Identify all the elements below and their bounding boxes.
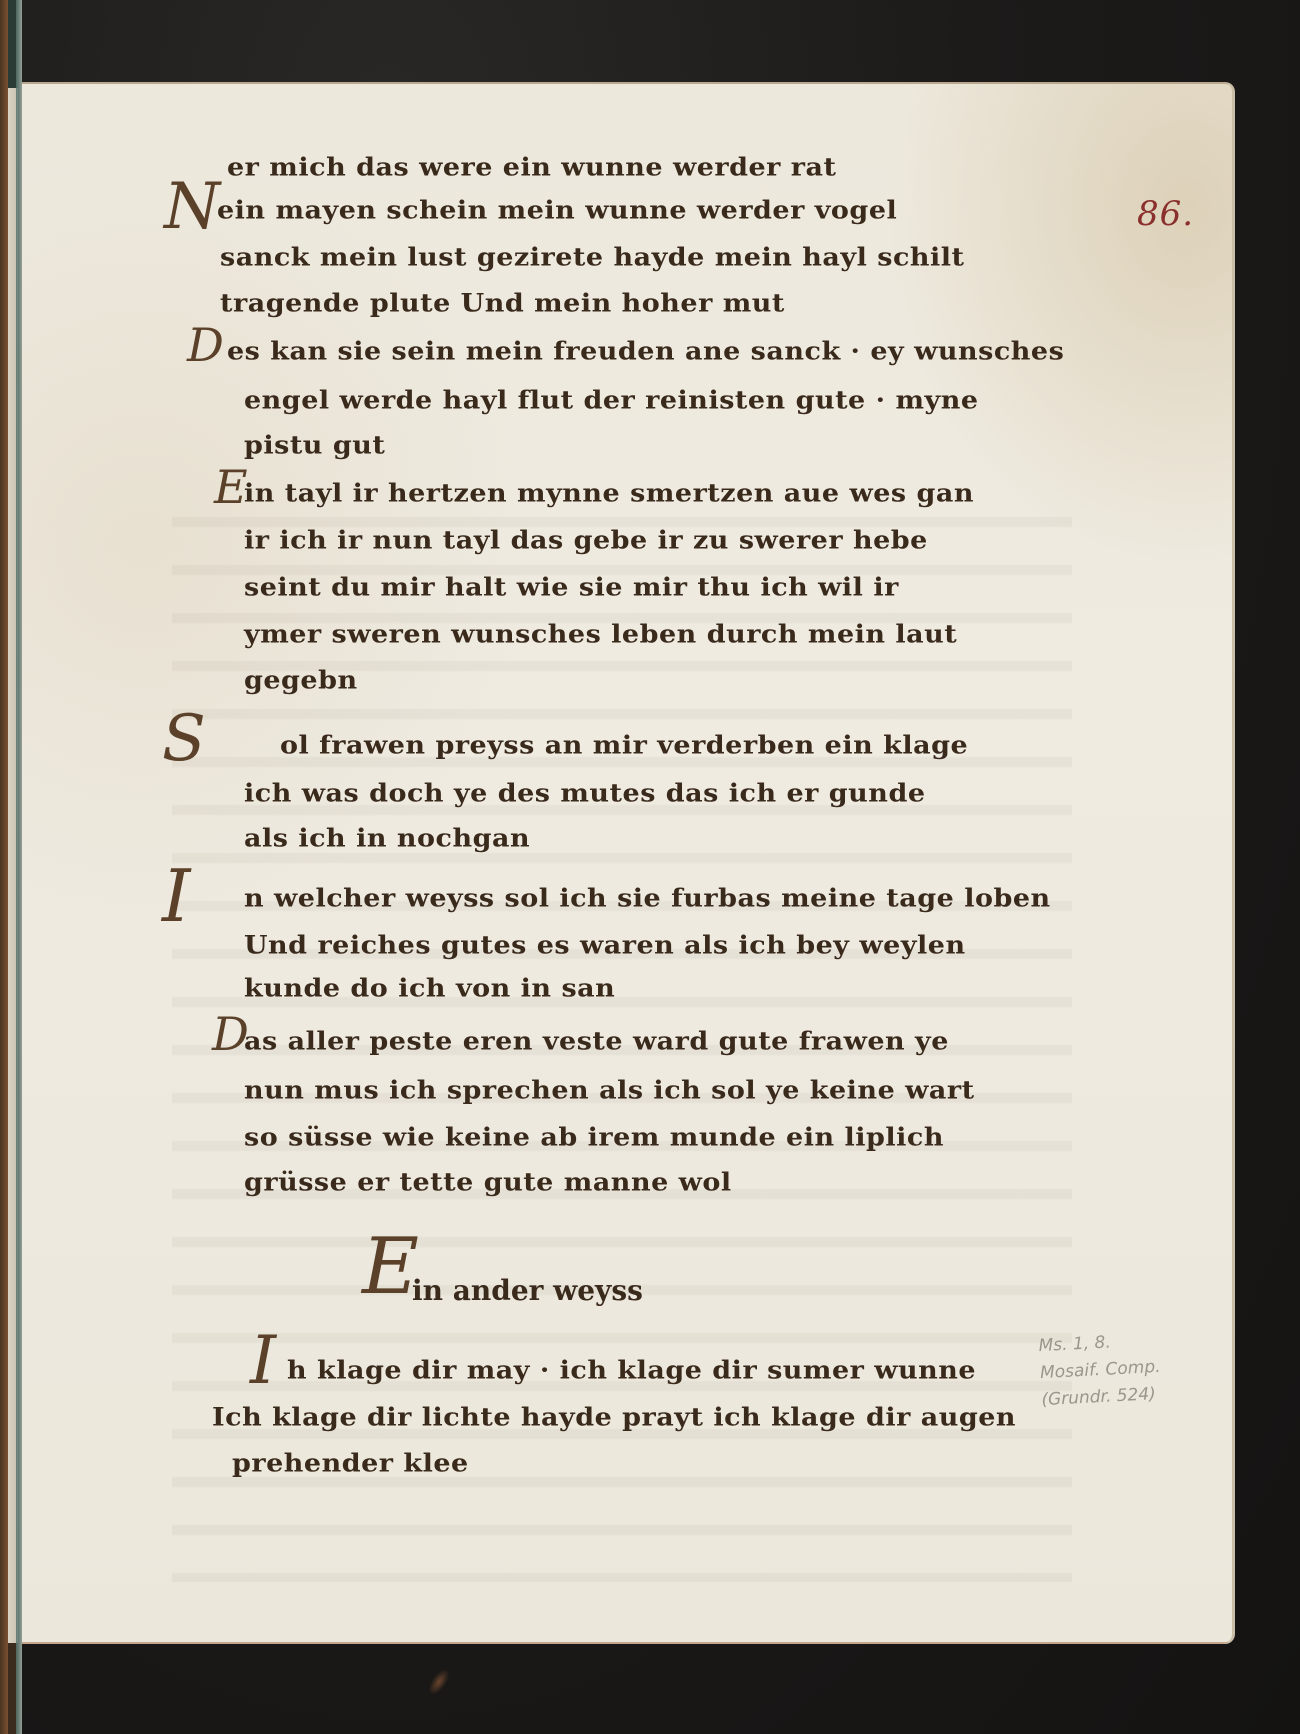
text-line: tragende plute Und mein hoher mut — [220, 289, 785, 318]
initial-letter: E — [214, 460, 248, 514]
text-line: h klage dir may · ich klage dir sumer wu… — [287, 1356, 976, 1385]
text-line: ich was doch ye des mutes das ich er gun… — [244, 779, 926, 808]
text-line: als ich in nochgan — [244, 824, 530, 853]
text-line: Und reiches gutes es waren als ich bey w… — [244, 931, 966, 960]
text-line: grüsse er tette gute manne wol — [244, 1168, 732, 1197]
text-line: kunde do ich von in san — [244, 974, 615, 1003]
initial-letter: S — [162, 702, 206, 776]
initial-letter: E — [362, 1222, 419, 1312]
text-line: er mich das were ein wunne werder rat — [227, 153, 837, 182]
text-line: as aller peste eren veste ward gute fraw… — [244, 1027, 949, 1056]
folio-number: 86. — [1137, 194, 1194, 234]
initial-letter: I — [250, 1322, 276, 1399]
text-line: ymer sweren wunsches leben durch mein la… — [244, 620, 957, 649]
text-line: es kan sie sein mein freuden ane sanck ·… — [227, 337, 1064, 366]
text-line: so süsse wie keine ab irem munde ein lip… — [244, 1123, 944, 1152]
text-line: pistu gut — [244, 431, 385, 460]
text-line: ir ich ir nun tayl das gebe ir zu swerer… — [244, 526, 928, 555]
text-line: engel werde hayl flut der reinisten gute… — [244, 386, 979, 415]
text-line: prehender klee — [232, 1449, 469, 1478]
text-line: Ich klage dir lichte hayde prayt ich kla… — [212, 1403, 1016, 1432]
section-heading-text: in ander weyss — [412, 1274, 643, 1307]
initial-letter: D — [187, 318, 224, 372]
text-line: nun mus ich sprechen als ich sol ye kein… — [244, 1076, 975, 1105]
text-line: gegebn — [244, 666, 358, 695]
text-line: ol frawen preyss an mir verderben ein kl… — [280, 731, 968, 760]
text-line: seint du mir halt wie sie mir thu ich wi… — [244, 573, 899, 602]
initial-letter: N — [164, 170, 220, 244]
initial-letter: I — [162, 854, 190, 938]
text-line: sanck mein lust gezirete hayde mein hayl… — [220, 243, 965, 272]
text-line: in tayl ir hertzen mynne smertzen aue we… — [244, 479, 974, 508]
margin-note-line: (Grundr. 524) — [1041, 1381, 1163, 1414]
pencil-margin-note: Ms. 1, 8. Mosaif. Comp. (Grundr. 524) — [1038, 1327, 1163, 1414]
text-line: n welcher weyss sol ich sie furbas meine… — [244, 884, 1051, 913]
text-line: ein mayen schein mein wunne werder vogel — [217, 196, 897, 225]
binding-spine-edge — [0, 0, 8, 1734]
manuscript-page: 86. er mich das were ein wunne werder ra… — [22, 82, 1235, 1644]
